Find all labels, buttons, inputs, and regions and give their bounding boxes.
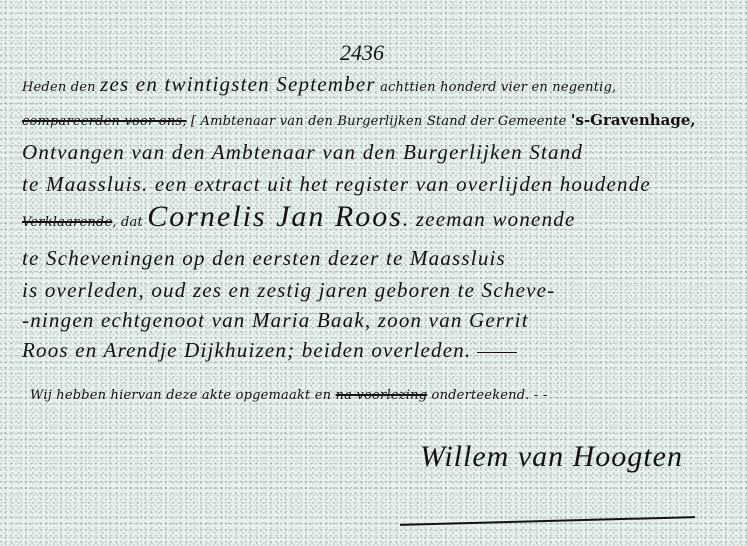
filler-dash [477, 352, 517, 353]
printed-text: , dat [112, 215, 147, 230]
line-5: Verklaarende, dat Cornelis Jan Roos. zee… [22, 200, 576, 234]
line-3: Ontvangen van den Ambtenaar van den Burg… [22, 140, 583, 165]
line-4: te Maassluis. een extract uit het regist… [22, 172, 651, 197]
line-1: Heden den zes en twintigsten September a… [22, 72, 616, 97]
line-2: compareerden voor ons, [ Ambtenaar van d… [22, 110, 696, 129]
deceased-name: Cornelis Jan Roos [147, 200, 403, 233]
printed-text: achttien honderd vier en negentig, [376, 80, 617, 95]
line-7: is overleden, oud zes en zestig jaren ge… [22, 278, 555, 303]
line-9: Roos en Arendje Dijkhuizen; beiden overl… [22, 338, 517, 363]
printed-text: [ Ambtenaar van den Burgerlijken Stand d… [187, 114, 571, 129]
handwritten-text: . zeeman wonende [403, 207, 576, 231]
record-number: 2436 [340, 40, 384, 66]
signature-underline [400, 516, 695, 526]
printed-text: Heden den [22, 80, 100, 95]
line-10: Wij hebben hiervan deze akte opgemaakt e… [30, 384, 547, 403]
struck-text: compareerden voor ons, [22, 114, 187, 129]
line-6: te Scheveningen op den eersten dezer te … [22, 246, 506, 271]
struck-text: Verklaarende [22, 215, 112, 230]
printed-text: Wij hebben hiervan deze akte opgemaakt e… [30, 388, 336, 403]
printed-text: onderteekend. - - [427, 388, 547, 403]
line-8: -ningen echtgenoot van Maria Baak, zoon … [22, 308, 529, 333]
handwritten-date: zes en twintigsten September [100, 72, 376, 96]
official-signature: Willem van Hoogten [420, 440, 683, 474]
struck-text: na voorlezing [336, 388, 428, 403]
municipality-name: 's-Gravenhage, [571, 111, 696, 129]
handwritten-text: Roos en Arendje Dijkhuizen; beiden overl… [22, 338, 471, 362]
